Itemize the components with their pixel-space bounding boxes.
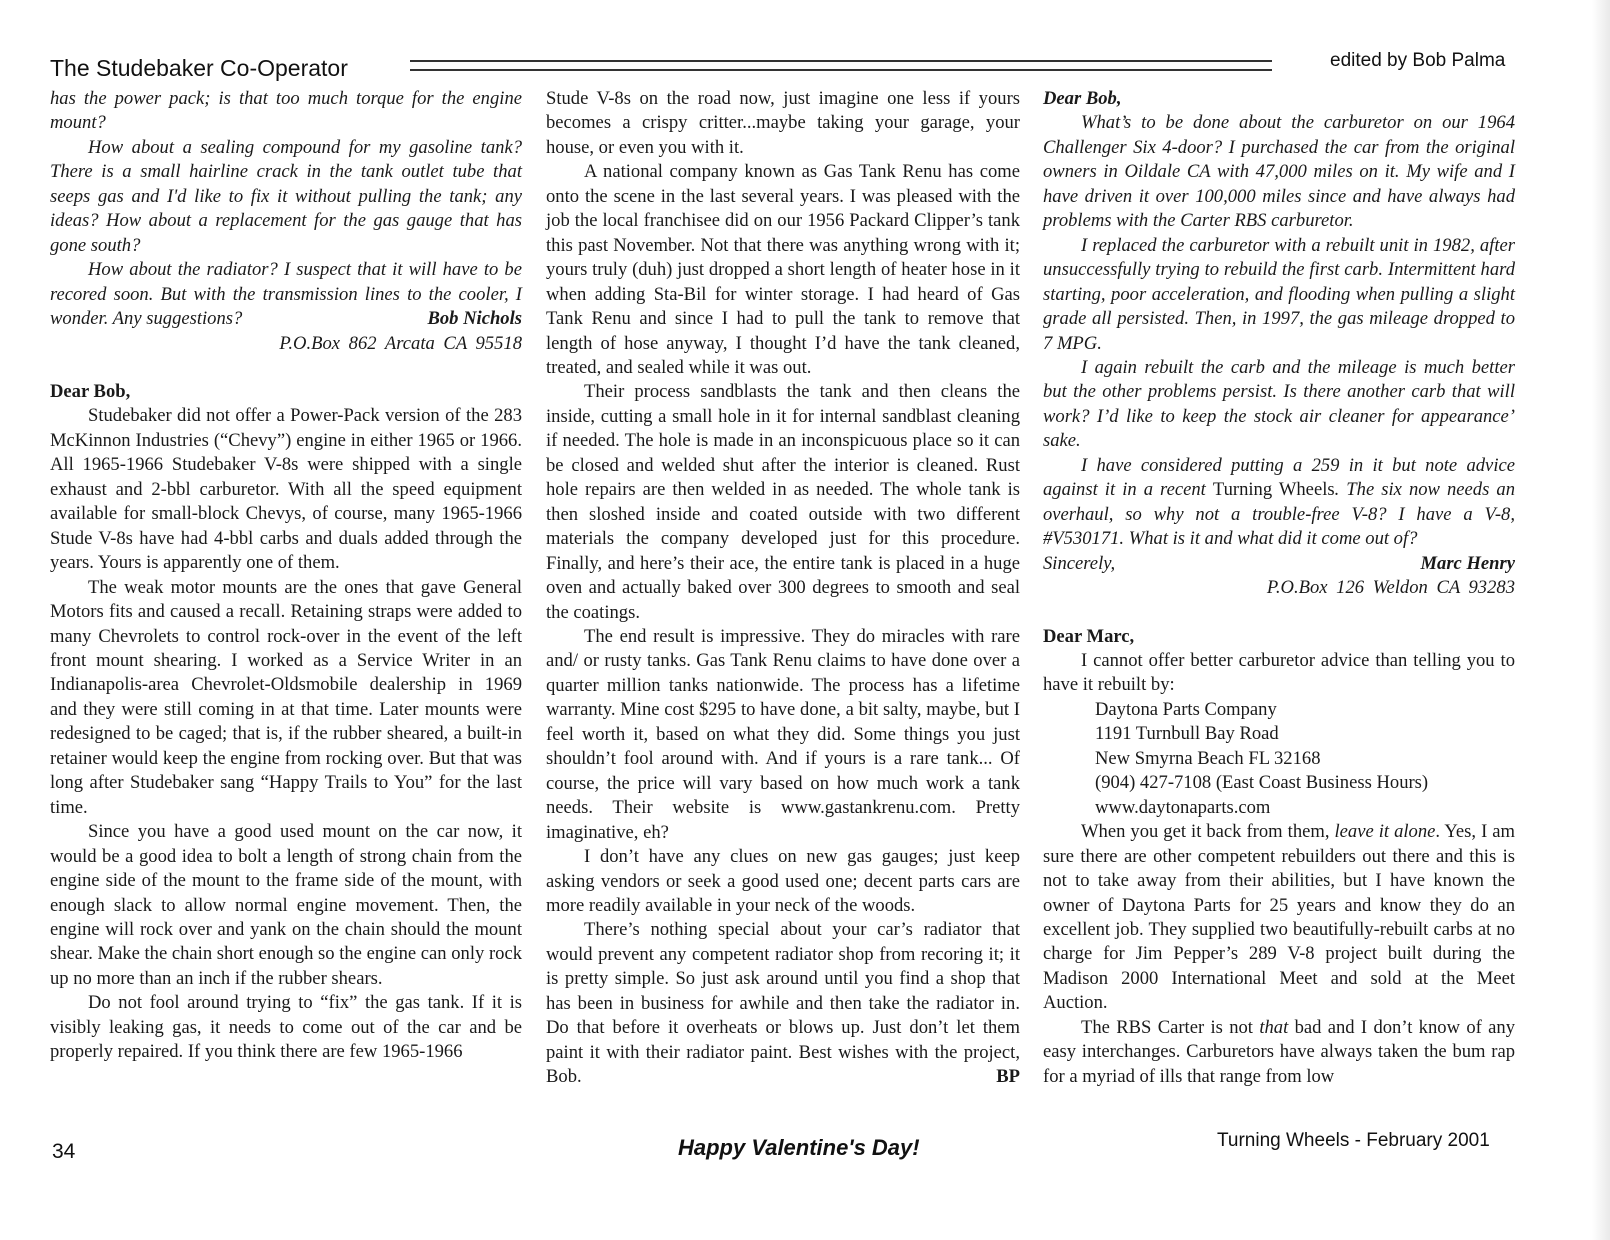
vendor-address: Daytona Parts Company 1191 Turnbull Bay … <box>1043 698 1515 820</box>
left-column: has the power pack; is that too much tor… <box>50 87 522 1065</box>
letter-closing-row: Sincerely, Marc Henry <box>1043 552 1515 576</box>
letter-address: P.O.Box 126 Weldon CA 93283 <box>1043 576 1515 600</box>
reply-paragraph: Stude V-8s on the road now, just imagine… <box>546 87 1020 160</box>
column-title: The Studebaker Co-Operator <box>50 55 348 82</box>
right-column: Dear Bob, What’s to be done about the ca… <box>1043 87 1515 1089</box>
reader-letter-paragraph: I replaced the carburetor with a rebuilt… <box>1043 234 1515 356</box>
page-number: 34 <box>52 1140 75 1164</box>
editor-signoff: BP <box>958 1065 1020 1089</box>
reply-paragraph: The end result is impressive. They do mi… <box>546 625 1020 845</box>
vendor-website: www.daytonaparts.com <box>1095 796 1515 820</box>
reply-paragraph: Since you have a good used mount on the … <box>50 820 522 991</box>
reply-paragraph: Studebaker did not offer a Power-Pack ve… <box>50 404 522 575</box>
vendor-city: New Smyrna Beach FL 32168 <box>1095 747 1515 771</box>
letter-salutation: Dear Bob, <box>1043 87 1515 111</box>
middle-column: Stude V-8s on the road now, just imagine… <box>546 87 1020 1090</box>
reader-letter-paragraph: I have considered putting a 259 in it bu… <box>1043 454 1515 552</box>
vendor-street: 1191 Turnbull Bay Road <box>1095 722 1515 746</box>
letter-address: P.O.Box 862 Arcata CA 95518 <box>50 332 522 356</box>
reply-paragraph: There’s nothing special about your car’s… <box>546 918 1020 1089</box>
reply-paragraph: The RBS Carter is not that bad and I don… <box>1043 1016 1515 1089</box>
reply-paragraph: I cannot offer better carburetor advice … <box>1043 649 1515 698</box>
reply-paragraph: When you get it back from them, leave it… <box>1043 820 1515 1016</box>
scan-edge-shadow <box>1592 0 1610 1240</box>
reply-paragraph: I don’t have any clues on new gas gauges… <box>546 845 1020 918</box>
reply-paragraph: Their process sandblasts the tank and th… <box>546 380 1020 625</box>
reader-letter-paragraph: How about the radiator? I suspect that i… <box>50 258 522 331</box>
vendor-phone: (904) 427-7108 (East Coast Business Hour… <box>1095 771 1515 795</box>
reply-paragraph: Do not fool around trying to “fix” the g… <box>50 991 522 1064</box>
letter-closing: Sincerely, <box>1043 552 1115 576</box>
magazine-page: The Studebaker Co-Operator edited by Bob… <box>0 0 1610 1240</box>
reply-paragraph: The weak motor mounts are the ones that … <box>50 576 522 821</box>
letter-signature: Bob Nichols <box>389 307 522 331</box>
publication-reference: Turning Wheels <box>1213 479 1335 500</box>
footer-greeting: Happy Valentine's Day! <box>678 1135 920 1161</box>
reader-letter-paragraph: I again rebuilt the carb and the mileage… <box>1043 356 1515 454</box>
publication-issue: Turning Wheels - February 2001 <box>1217 1130 1490 1152</box>
reply-salutation: Dear Marc, <box>1043 625 1515 649</box>
editor-credit: edited by Bob Palma <box>1330 50 1505 72</box>
vendor-name: Daytona Parts Company <box>1095 698 1515 722</box>
letter-signature: Marc Henry <box>1420 552 1515 576</box>
reader-letter-paragraph: What’s to be done about the carburetor o… <box>1043 111 1515 233</box>
reader-letter-paragraph: has the power pack; is that too much tor… <box>50 87 522 136</box>
reply-salutation: Dear Bob, <box>50 380 522 404</box>
header-double-rule <box>410 60 1272 71</box>
reader-letter-paragraph: How about a sealing compound for my gaso… <box>50 136 522 258</box>
reply-paragraph: A national company known as Gas Tank Ren… <box>546 160 1020 380</box>
